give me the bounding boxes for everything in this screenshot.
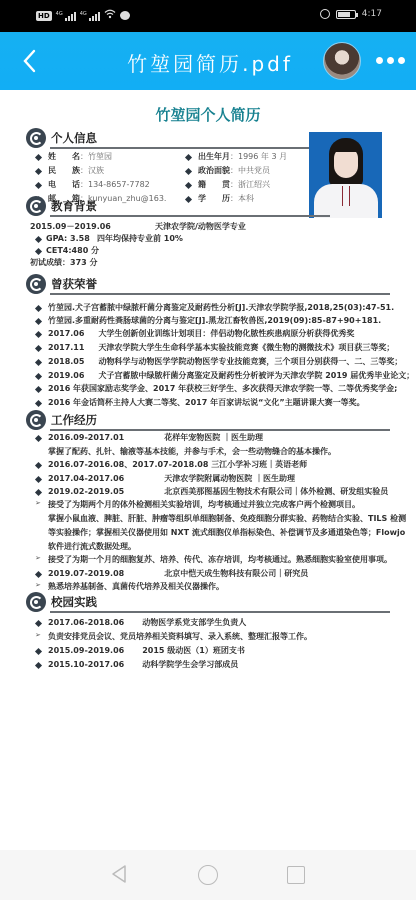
edu-exam: 初试成绩：373 分 [30,257,97,269]
target-icon [26,274,46,294]
bullet-icon [35,168,42,175]
hd-icon: HD [36,11,52,21]
list-item: 2017.06大学生创新创业训练计划项目：伴侣动物化脓性疾患病原分析获得优秀奖 [48,328,354,340]
bullet-icon [35,182,42,189]
avatar[interactable] [323,42,361,80]
section-campus: 校园实践 [26,592,390,614]
field-ethnicity: 民 族：汉族 [48,165,104,177]
system-nav-bar [0,850,416,900]
divider [50,611,390,613]
pdf-document[interactable]: 竹堃园个人简历 个人信息 姓 名：竹堃园 民 族：汉族 电 话：134-8657… [0,90,416,850]
list-item: 2017.06-2018.06动物医学系党支部学生负责人 [48,617,246,629]
divider [50,147,330,149]
bullet-icon [35,154,42,161]
back-triangle-icon[interactable] [110,864,128,884]
wifi-icon [104,9,116,22]
divider [50,429,390,431]
list-item: 掌握小鼠血液、脾脏、肝脏、肿瘤等组织单细胞制备、免疫细胞分群实验、药物结合实验、… [48,513,406,525]
field-birth: 出生年月：1996 年 3 月 [198,151,287,163]
list-item: 2017.11天津农学院大学生生命科学基本实验技能竞赛《微生物的测微技术》项目获… [48,342,394,354]
more-button[interactable] [376,57,405,64]
list-item: 2016 年获国家励志奖学金、2017 年获校三好学生、多次获得天津农学院一等、… [48,383,397,395]
back-button[interactable] [14,46,44,76]
section-heading: 个人信息 [51,130,97,146]
edu-gpa: GPA: 3.58 [46,233,90,245]
alarm-icon [320,9,330,19]
field-phone: 电 话：134-8657-7782 [48,179,150,191]
bullet-icon [35,248,42,255]
bullet-icon [185,182,192,189]
clock: 4:17 [362,9,382,19]
list-item: 2019.06犬子宫蓄脓中绿脓杆菌分离鉴定及耐药性分析被评为天津农学院 2019… [48,370,414,382]
list-item: 2019.02-2019.05北京西美那图基因生物技术有限公司｜体外检测、研发组… [48,486,388,498]
section-heading: 教育背景 [51,198,97,214]
target-icon [26,410,46,430]
list-item: 软件进行流式数据处理。 [48,541,136,553]
edu-cet: CET4:480 分 [46,245,99,257]
field-name: 姓 名：竹堃园 [48,151,112,163]
status-bar: HD 4G 4G 4:17 [0,0,416,32]
target-icon [26,592,46,612]
field-hometown: 籍 贯：浙江绍兴 [198,179,270,191]
home-circle-icon[interactable] [198,865,218,885]
signal-4g-icon: 4G [56,11,76,21]
list-item: 负责安排党员会议、党员培养相关资料填写、录入系统、整理汇报等工作。 [48,631,312,643]
target-icon [26,196,46,216]
list-item: 接受了为期两个月的体外检测相关实验培训，均考核通过并独立完成客户两个检测项目。 [48,499,360,511]
list-item: 2016.09-2017.01花样年宠物医院 ｜医生助理 [48,432,263,444]
list-item: 2017.04-2017.06天津农学院附属动物医院 ｜医生助理 [48,473,295,485]
bullet-icon [35,236,42,243]
edu-school: 天津农学院/动物医学专业 [155,221,246,233]
section-heading: 校园实践 [51,594,97,610]
battery-icon [336,10,356,19]
bullet-icon [185,154,192,161]
section-honors: 曾获荣誉 [26,274,390,296]
list-item: 2015.09-2019.062015 级动医（1）班团支书 [48,645,245,657]
list-item: 接受了为期一个月的细胞复苏、培养、传代、冻存培训，均考核通过。熟悉细胞实验室使用… [48,554,392,566]
field-political: 政治面貌：中共党员 [198,165,270,177]
recent-square-icon[interactable] [287,866,305,884]
bullet-icon [185,168,192,175]
section-work: 工作经历 [26,410,390,432]
section-heading: 曾获荣誉 [51,276,97,292]
list-item: 等实验操作；掌握相关仪器使用如 NXT 流式细胞仪单指标染色、补偿调节及多通道染… [48,527,405,539]
signal-4g-icon: 4G [80,11,100,21]
edu-rank: 四年均保持专业前 10% [97,233,183,245]
document-title: 竹堃园个人简历 [0,104,416,125]
status-right: 4:17 [320,9,382,19]
section-education: 教育背景 [26,196,390,218]
list-item: 2019.07-2019.08北京中恺天成生物科技有限公司｜研究员 [48,568,308,580]
list-item: 2016 年金话筒杯主持人大赛二等奖、2017 年百家讲坛说“文化”主题讲课大赛… [48,397,365,409]
status-left: HD 4G 4G [36,9,130,22]
edu-period: 2015.09－2019.06 [30,221,111,233]
section-heading: 工作经历 [51,412,97,428]
divider [50,215,330,217]
list-item: 2018.05动物科学与动物医学学院动物医学专业技能竞赛，三个项目分别获得一、二… [48,356,402,368]
divider [50,293,390,295]
chat-icon [120,11,130,20]
file-title: 竹堃园简历.pdf [100,48,320,77]
chevron-left-icon [22,49,36,73]
target-icon [26,128,46,148]
more-dots-icon [376,57,383,64]
app-bar: 竹堃园简历.pdf [0,32,416,90]
list-item: 2016.07-2016.08、2017.07-2018.08 三江小学补习班｜… [48,459,307,471]
list-item: 竹堃园.多重耐药性粪肠球菌的分离与鉴定[J].黑龙江畜牧兽医,2019(09):… [48,315,381,327]
list-item: 掌握了配药、扎针、输液等基本技能，并参与手术，会一些动物缝合的基本操作。 [48,446,336,458]
list-item: 竹堃园.犬子宫蓄脓中绿脓杆菌分离鉴定及耐药性分析[J].天津农学院学报,2018… [48,302,394,314]
list-item: 2015.10-2017.06动科学院学生会学习部成员 [48,659,238,671]
